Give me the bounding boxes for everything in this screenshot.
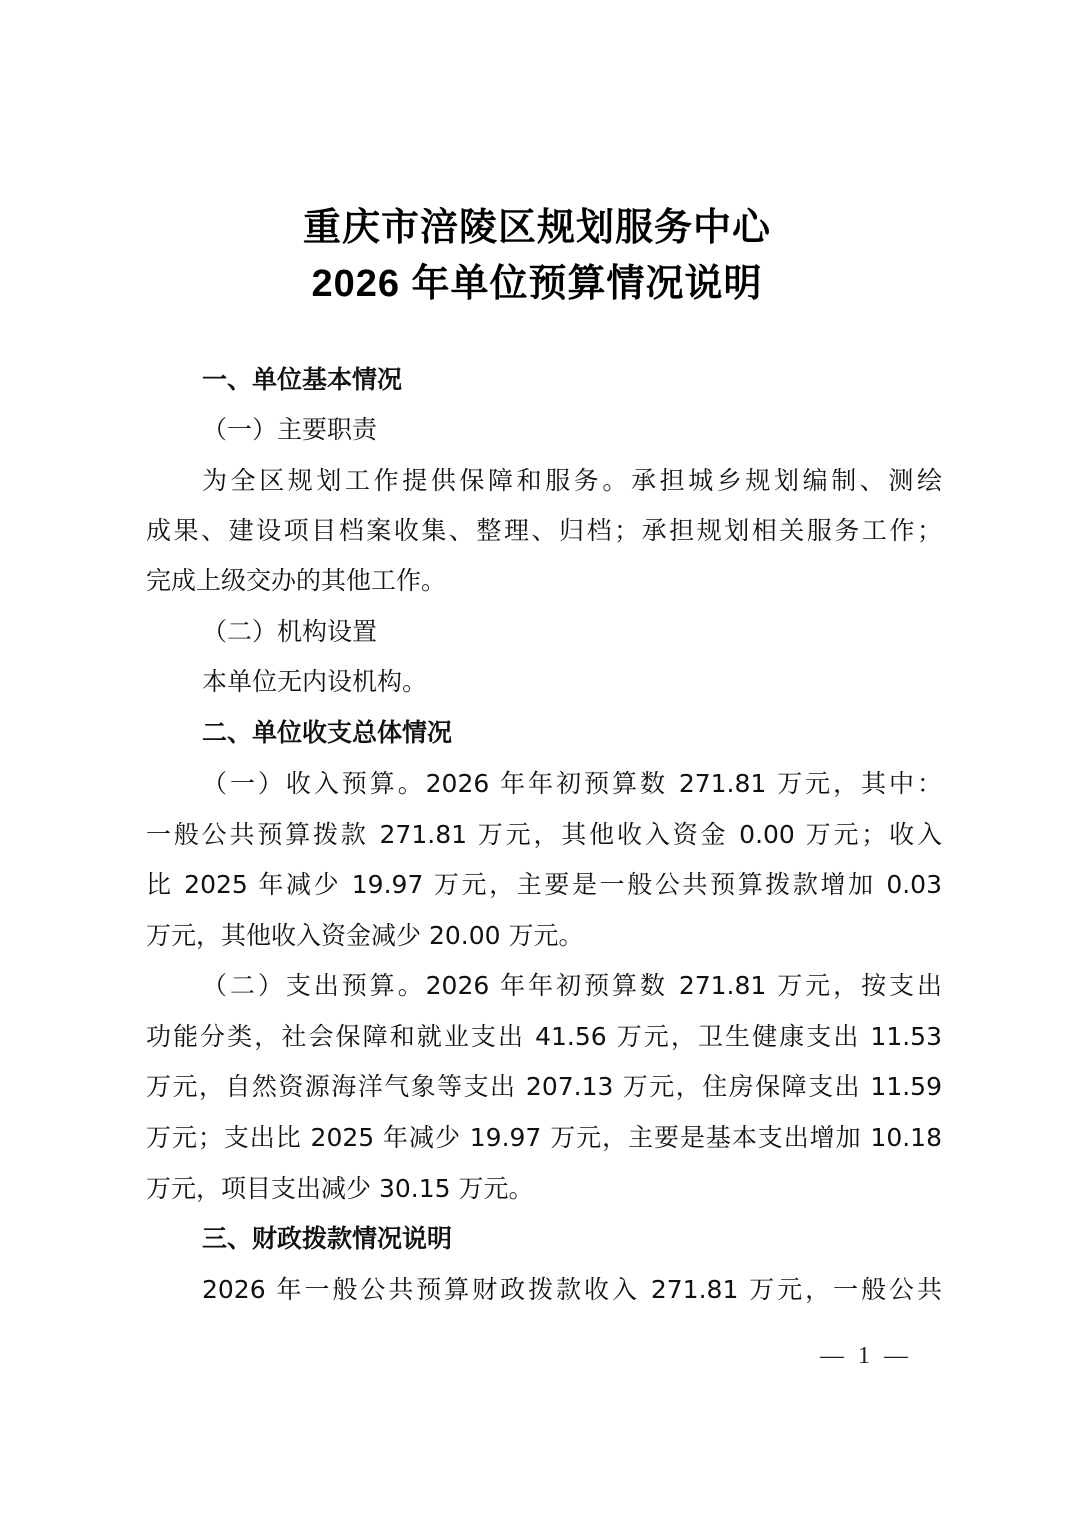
paragraph-line: 完成上级交办的其他工作。: [146, 564, 942, 598]
subsection-heading-structure: （二）机构设置: [202, 615, 942, 649]
paragraph-line: 成果、建设项目档案收集、整理、归档；承担规划相关服务工作；: [146, 514, 942, 548]
page-number: — 1 —: [820, 1343, 912, 1370]
paragraph-line: 本单位无内设机构。: [202, 665, 942, 699]
section-heading-3: 三、财政拨款情况说明: [202, 1222, 942, 1256]
paragraph-line: 万元；支出比 2025 年减少 19.97 万元，主要是基本支出增加 10.18: [146, 1121, 942, 1155]
section-heading-1: 一、单位基本情况: [202, 363, 942, 397]
paragraph-line: 比 2025 年减少 19.97 万元，主要是一般公共预算拨款增加 0.03: [146, 868, 942, 902]
paragraph-line: 2026 年一般公共预算财政拨款收入 271.81 万元，一般公共: [202, 1273, 942, 1307]
document-subtitle: 2026 年单位预算情况说明: [0, 252, 1074, 307]
paragraph-line: 万元，其他收入资金减少 20.00 万元。: [146, 919, 942, 953]
paragraph-line: 为全区规划工作提供保障和服务。承担城乡规划编制、测绘: [202, 464, 942, 498]
document-page: 重庆市涪陵区规划服务中心 2026 年单位预算情况说明 一、单位基本情况 （一）…: [0, 0, 1074, 1520]
paragraph-line: 万元，自然资源海洋气象等支出 207.13 万元，住房保障支出 11.59: [146, 1070, 942, 1104]
paragraph-line: （二）支出预算。2026 年年初预算数 271.81 万元，按支出: [202, 969, 942, 1003]
document-title: 重庆市涪陵区规划服务中心: [0, 196, 1074, 251]
paragraph-line: 万元，项目支出减少 30.15 万元。: [146, 1172, 942, 1206]
section-heading-2: 二、单位收支总体情况: [202, 716, 942, 750]
paragraph-line: 一般公共预算拨款 271.81 万元，其他收入资金 0.00 万元；收入: [146, 818, 942, 852]
subsection-heading-duties: （一）主要职责: [202, 413, 942, 447]
paragraph-line: 功能分类，社会保障和就业支出 41.56 万元，卫生健康支出 11.53: [146, 1020, 942, 1054]
paragraph-line: （一）收入预算。2026 年年初预算数 271.81 万元，其中：: [202, 767, 942, 801]
